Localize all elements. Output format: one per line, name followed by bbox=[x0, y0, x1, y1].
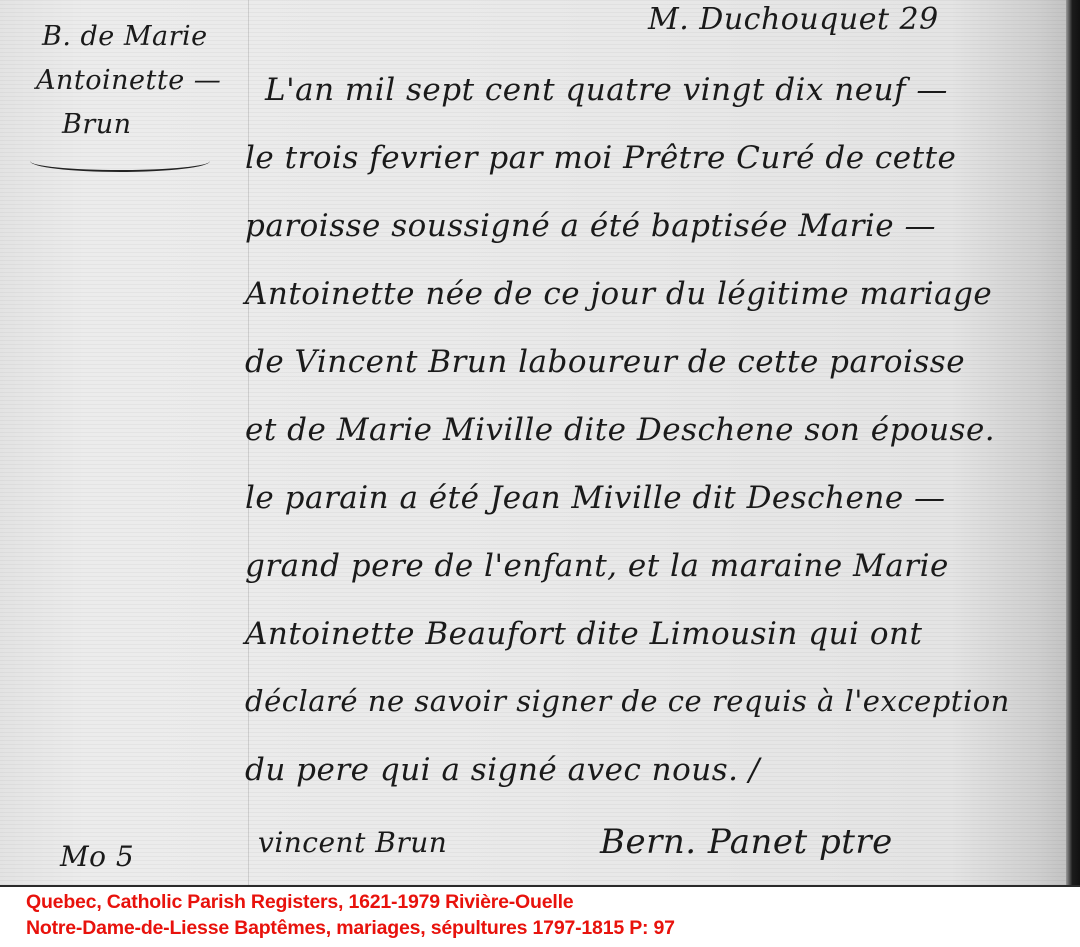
bottom-margin-fragment: Mo 5 bbox=[60, 840, 134, 873]
body-line-1: L'an mil sept cent quatre vingt dix neuf… bbox=[265, 72, 948, 108]
header-right-notation: M. Duchouquet 29 bbox=[648, 2, 939, 37]
body-line-10: déclaré ne savoir signer de ce requis à … bbox=[245, 684, 1010, 718]
body-line-11: du pere qui a signé avec nous. / bbox=[245, 752, 760, 788]
body-line-5: de Vincent Brun laboureur de cette paroi… bbox=[245, 344, 965, 380]
margin-note-line-1: B. de Marie bbox=[42, 16, 208, 58]
source-caption: Quebec, Catholic Parish Registers, 1621-… bbox=[26, 889, 675, 941]
margin-note-line-3: Brun bbox=[62, 104, 132, 146]
body-line-4: Antoinette née de ce jour du légitime ma… bbox=[245, 276, 992, 312]
body-line-9: Antoinette Beaufort dite Limousin qui on… bbox=[245, 616, 922, 652]
body-line-3: paroisse soussigné a été baptisée Marie … bbox=[245, 208, 936, 244]
margin-note-line-2: Antoinette — bbox=[36, 60, 221, 102]
margin-flourish bbox=[30, 150, 210, 172]
signature-vincent-brun: vincent Brun bbox=[258, 826, 447, 859]
caption-line-1: Quebec, Catholic Parish Registers, 1621-… bbox=[26, 889, 675, 915]
page-binding-edge bbox=[1066, 0, 1080, 885]
body-line-8: grand pere de l'enfant, et la maraine Ma… bbox=[245, 548, 949, 584]
signature-priest: Bern. Panet ptre bbox=[600, 822, 893, 862]
register-page-scan: M. Duchouquet 29 B. de Marie Antoinette … bbox=[0, 0, 1080, 887]
body-line-7: le parain a été Jean Miville dit Deschen… bbox=[245, 480, 946, 516]
caption-line-2: Notre-Dame-de-Liesse Baptêmes, mariages,… bbox=[26, 915, 675, 941]
body-line-6: et de Marie Miville dite Deschene son ép… bbox=[245, 412, 995, 448]
body-line-2: le trois fevrier par moi Prêtre Curé de … bbox=[245, 140, 956, 176]
